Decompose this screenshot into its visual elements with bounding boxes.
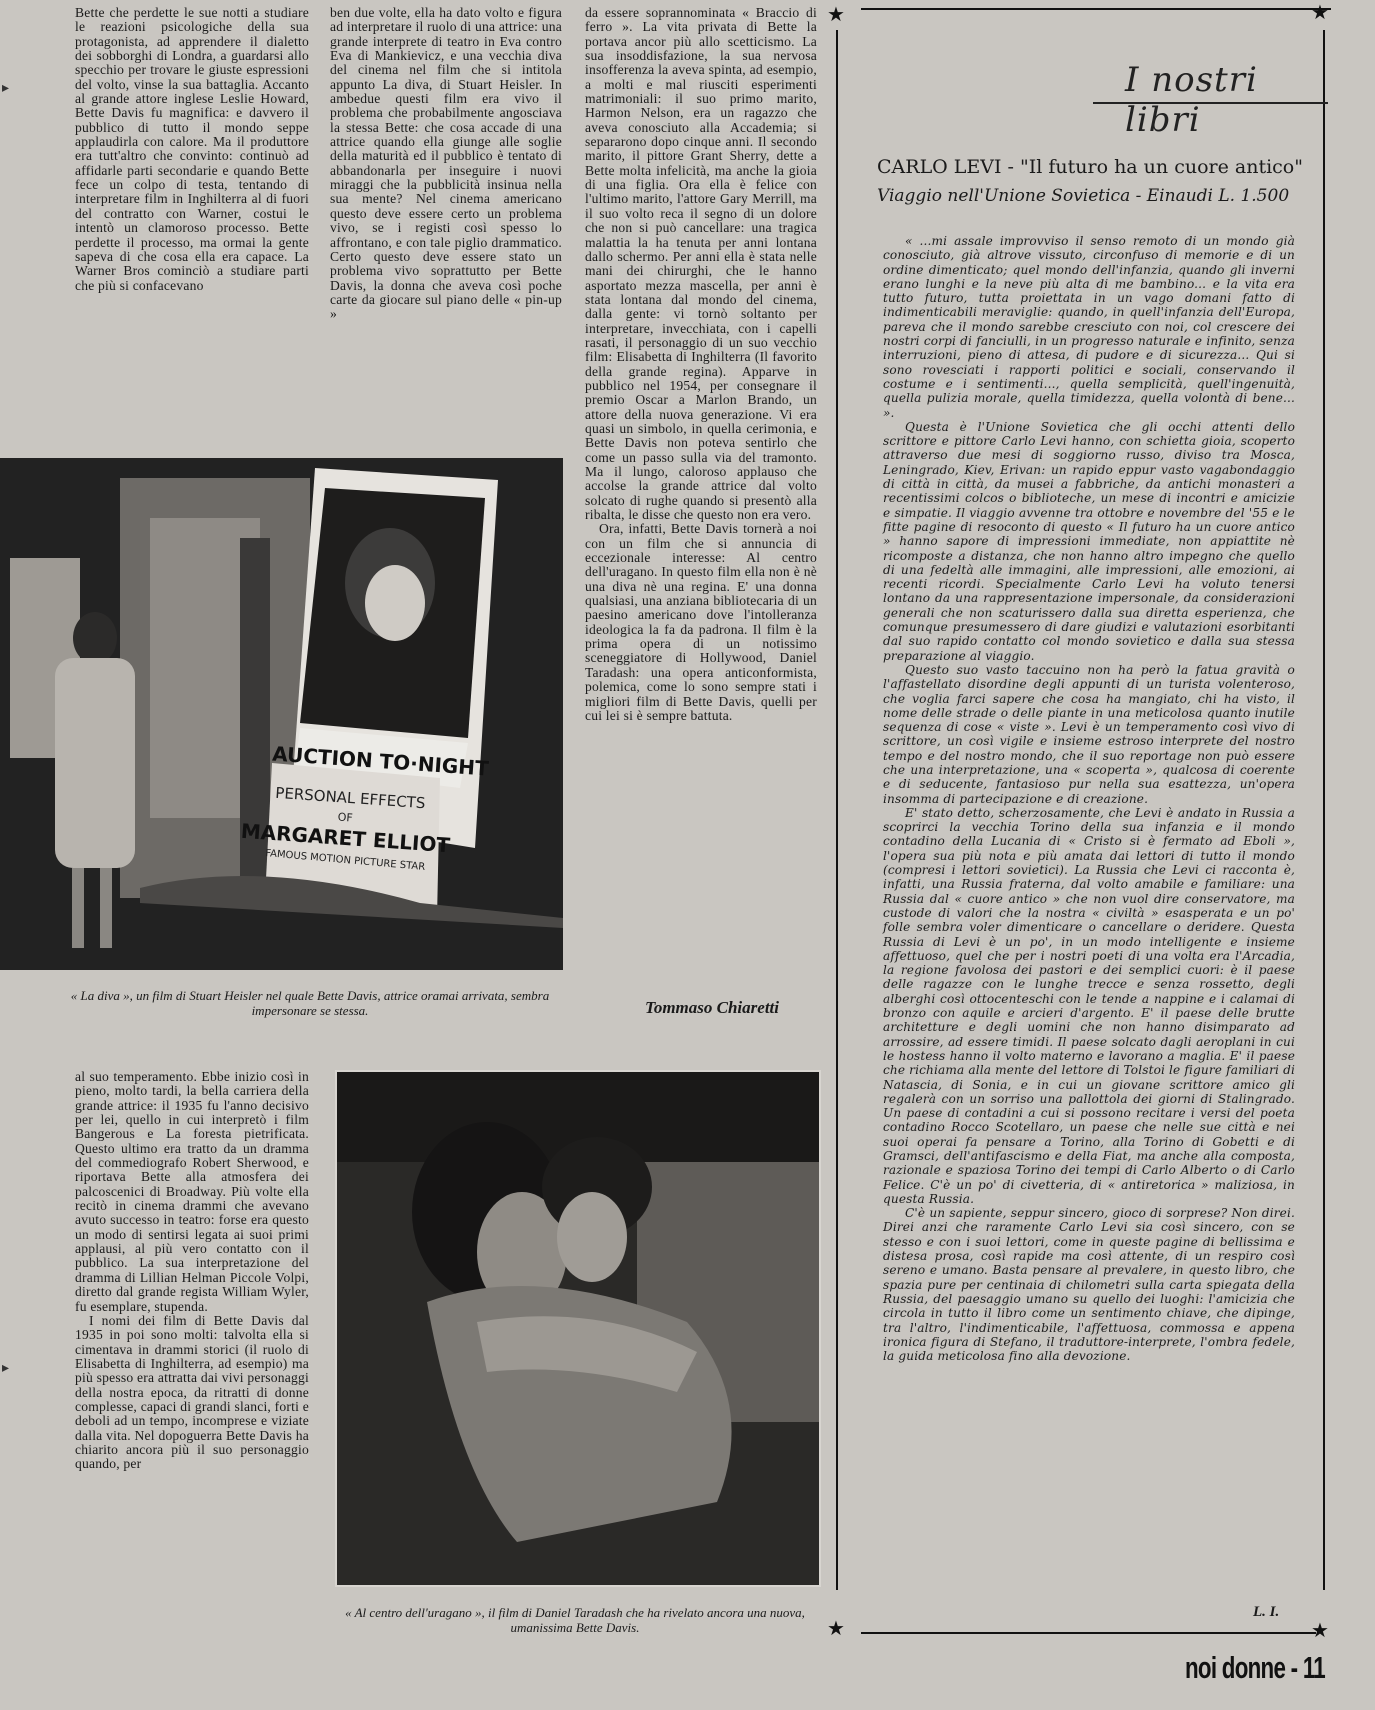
article-column-2: ben due volte, ella ha dato volto e figu… <box>330 6 562 322</box>
star-ornament-icon: ★ <box>1311 2 1329 22</box>
section-title: I nostri libri <box>1125 60 1335 140</box>
review-body: « ...mi assale improvviso il senso remot… <box>883 234 1295 1363</box>
article-paragraph: ben due volte, ella ha dato volto e figu… <box>330 6 562 322</box>
article-column-1-top: Bette che perdette le sue notti a studia… <box>75 6 309 293</box>
article-byline: Tommaso Chiaretti <box>645 998 779 1018</box>
svg-text:OF: OF <box>337 811 353 825</box>
article-paragraph: da essere soprannominata « Braccio di fe… <box>585 6 817 522</box>
article-paragraph: Ora, infatti, Bette Davis tornerà a noi … <box>585 522 817 723</box>
review-paragraph: Questo suo vasto taccuino non ha però la… <box>883 663 1295 806</box>
star-ornament-icon: ★ <box>827 1618 845 1638</box>
binding-mark: ▸ <box>2 80 9 96</box>
article-paragraph: al suo temperamento. Ebbe inizio così in… <box>75 1070 309 1314</box>
review-left-rule <box>836 30 838 1590</box>
section-title-underline <box>1093 102 1328 104</box>
photo-al-centro-uragano-caption: « Al centro dell'uragano », il film di D… <box>330 1605 820 1635</box>
book-review-box: ★ ★ ★ ★ I nostri libri CARLO LEVI - "Il … <box>833 8 1335 1648</box>
photo-al-centro-uragano-illustration <box>337 1072 819 1585</box>
photo-la-diva-illustration: AUCTION TO·NIGHT PERSONAL EFFECTS OF MAR… <box>0 458 563 970</box>
review-bottom-rule <box>861 1632 1316 1634</box>
review-paragraph: E' stato detto, scherzosamente, che Levi… <box>883 806 1295 1206</box>
article-column-3: da essere soprannominata « Braccio di fe… <box>585 6 817 723</box>
article-paragraph: I nomi dei film di Bette Davis dal 1935 … <box>75 1314 309 1472</box>
photo-la-diva-caption: « La diva », un film di Stuart Heisler n… <box>60 988 560 1018</box>
review-paragraph: C'è un sapiente, seppur sincero, gioco d… <box>883 1206 1295 1363</box>
book-title: CARLO LEVI - "Il futuro ha un cuore anti… <box>877 156 1303 178</box>
review-top-rule <box>861 8 1331 10</box>
photo-la-diva: AUCTION TO·NIGHT PERSONAL EFFECTS OF MAR… <box>0 458 563 970</box>
binding-mark: ▸ <box>2 1360 9 1376</box>
article-column-1-bottom: al suo temperamento. Ebbe inizio così in… <box>75 1070 309 1472</box>
star-ornament-icon: ★ <box>827 4 845 24</box>
review-right-rule <box>1323 30 1325 1590</box>
book-subtitle: Viaggio nell'Unione Sovietica - Einaudi … <box>877 186 1289 206</box>
star-ornament-icon: ★ <box>1311 1620 1329 1640</box>
photo-al-centro-uragano <box>335 1070 821 1587</box>
article-paragraph: Bette che perdette le sue notti a studia… <box>75 6 309 293</box>
review-paragraph: « ...mi assale improvviso il senso remot… <box>883 234 1295 420</box>
review-signature: L. I. <box>1253 1604 1279 1621</box>
review-paragraph: Questa è l'Unione Sovietica che gli occh… <box>883 420 1295 663</box>
page-footer: noi donne - 11 <box>1185 1650 1325 1686</box>
